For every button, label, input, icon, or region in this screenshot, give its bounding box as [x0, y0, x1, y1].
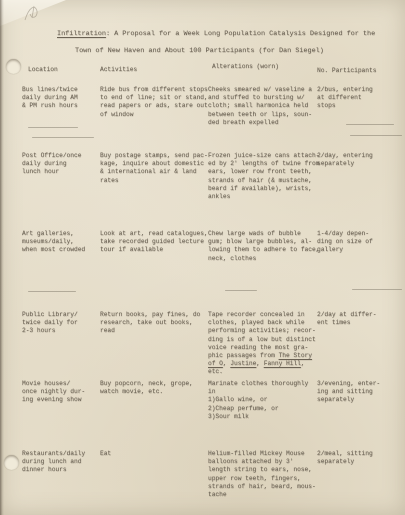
pencil-line — [32, 137, 94, 138]
punch-hole — [6, 59, 21, 74]
cell-activities: Eat — [100, 450, 214, 458]
pencil-line — [225, 290, 257, 291]
pencil-line — [346, 124, 394, 125]
cell-alterations: Cheeks smeared w/ vaseline a and stuffed… — [208, 86, 328, 127]
cell-alterations: Chew large wads of bubble gum; blow larg… — [208, 230, 328, 263]
cell-participants: 2/day, entering separately — [317, 152, 403, 168]
document-title-line2: Town of New Haven and About 100 Particip… — [75, 47, 324, 56]
cell-location: Bus lines/twice daily during AM & PM rus… — [22, 86, 110, 111]
header-participants: No. Participants — [317, 67, 376, 75]
pencil-mark — [20, 2, 50, 24]
cell-location: Post Office/once daily during lunch hour — [22, 152, 110, 177]
cell-participants: 2/day at differ- ent times — [317, 311, 403, 327]
scan-edge-shadow — [0, 0, 4, 515]
cell-participants: 2/meal, sitting separately — [317, 450, 403, 466]
pencil-line — [350, 135, 402, 136]
cell-alterations: Marinate clothes thoroughly in 1)Gallo w… — [208, 380, 328, 421]
punch-hole — [4, 455, 19, 470]
cell-participants: 3/evening, enter- ing and sitting separa… — [317, 380, 403, 405]
document-title-line1: Infiltration: A Proposal for a Week Long… — [57, 30, 375, 39]
header-location: Location — [28, 66, 58, 74]
pencil-line — [28, 127, 78, 128]
scanned-document-page: Infiltration: A Proposal for a Week Long… — [0, 0, 405, 515]
cell-activities: Buy popcorn, neck, grope, watch movie, e… — [100, 380, 214, 396]
cell-activities: Buy postage stamps, send pac- kage, inqu… — [100, 152, 214, 185]
cell-location: Art galleries, museums/daily, when most … — [22, 230, 110, 255]
cell-alterations: Helium-filled Mickey Mouse balloons atta… — [208, 450, 328, 499]
cell-activities: Look at art, read catalogues, take recor… — [100, 230, 214, 255]
cell-location: Restaurants/daily during lunch and dinne… — [22, 450, 110, 475]
header-alterations: Alterations (worn) — [212, 63, 279, 71]
cell-alterations: Tape recorder concealed in clothes, play… — [208, 311, 328, 377]
cell-location: Public Library/ twice daily for 2-3 hour… — [22, 311, 110, 336]
cell-alterations: Frozen juice-size cans attach- ed by 2' … — [208, 152, 328, 201]
cell-activities: Return books, pay fines, do research, ta… — [100, 311, 214, 336]
header-activities: Activities — [100, 66, 137, 74]
cell-participants: 2/bus, entering at different stops — [317, 86, 403, 111]
cell-location: Movie houses/ once nightly dur- ing even… — [22, 380, 110, 405]
cell-activities: Ride bus from different stops to end of … — [100, 86, 214, 119]
cell-participants: 1-4/day depen- ding on size of gallery — [317, 230, 403, 255]
pencil-line — [28, 291, 76, 292]
pencil-line — [352, 289, 402, 290]
